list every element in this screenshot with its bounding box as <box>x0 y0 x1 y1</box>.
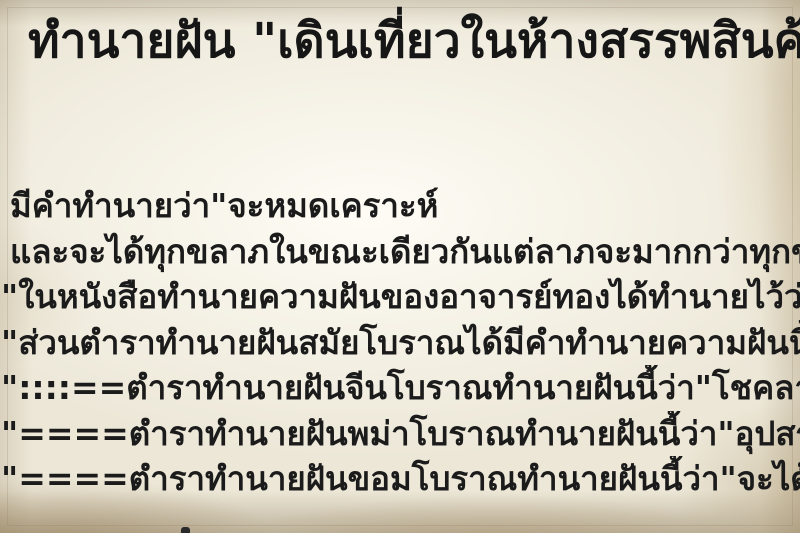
prediction-line-2: และจะได้ทุกขลาภในขณะเดียวกันแต่ลาภจะมากก… <box>0 229 800 275</box>
aged-paper-page: ทำนายฝัน "เดินเที่ยวในห้างสรรพสินค้า" มี… <box>0 0 800 533</box>
prediction-line-1: มีคำทำนายว่า"จะหมดเคราะห์ <box>0 183 800 229</box>
cutoff-line-fragment <box>181 527 190 533</box>
prediction-line-7: "====ตำราทำนายฝันขอมโบราณทำนายฝันนี้ว่า"… <box>0 456 800 502</box>
prediction-line-5: "::::==ตำราทำนายฝันจีนโบราณทำนายฝันนี้ว่… <box>0 365 800 411</box>
prediction-line-4: "ส่วนตำราทำนายฝันสมัยโบราณได้มีคำทำนายคว… <box>0 320 800 366</box>
prediction-line-3: "ในหนังสือทำนายความฝันของอาจารย์ทองได้ทำ… <box>0 274 800 320</box>
dream-interpretation-text: มีคำทำนายว่า"จะหมดเคราะห์ และจะได้ทุกขลา… <box>0 183 800 502</box>
page-title: ทำนายฝัน "เดินเที่ยวในห้างสรรพสินค้า" <box>28 4 800 78</box>
prediction-line-6: "====ตำราทำนายฝันพม่าโบราณทำนายฝันนี้ว่า… <box>0 411 800 457</box>
